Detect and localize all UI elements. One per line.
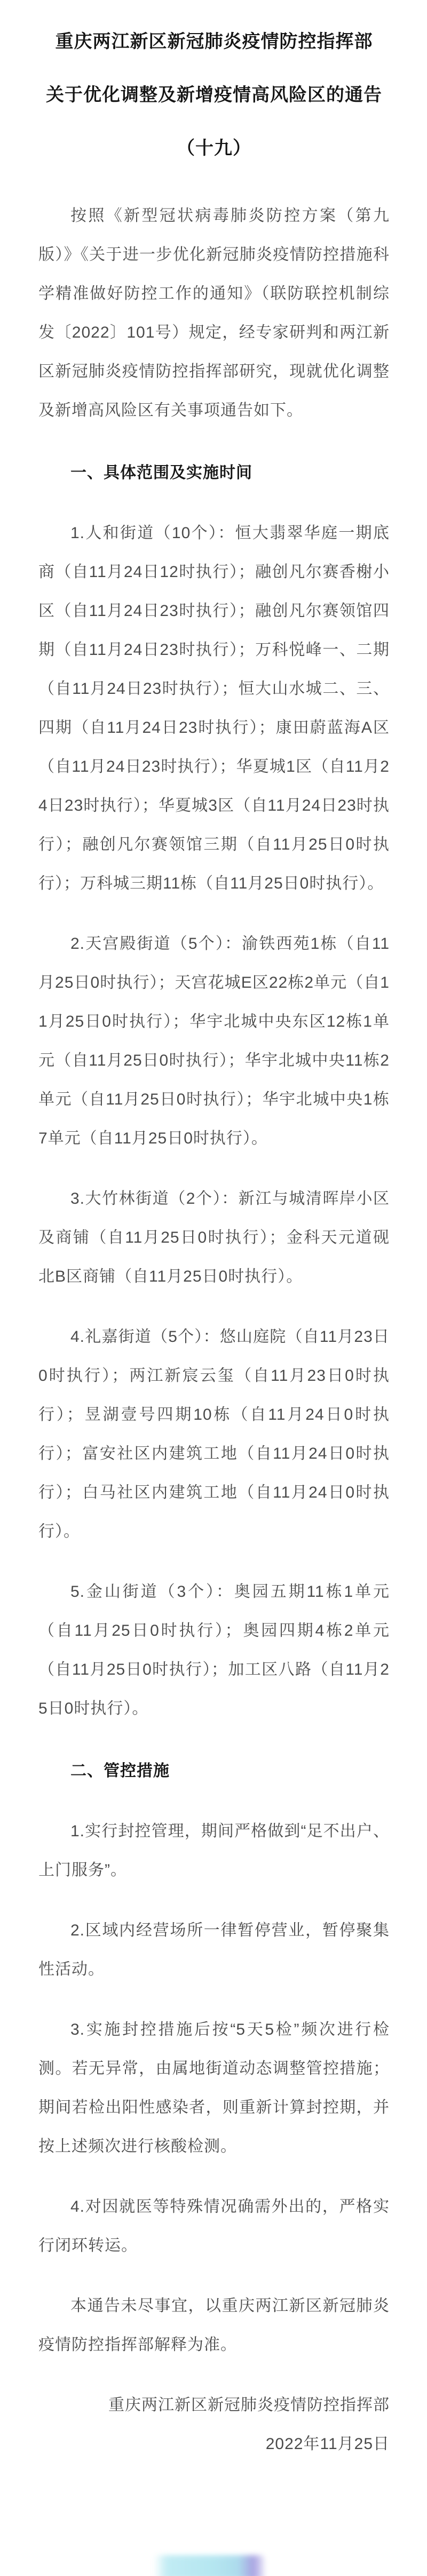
body-paragraph: 4.对因就医等特殊情况确需外出的，严格实行闭环转运。 <box>38 2187 390 2265</box>
date-line: 2022年11月25日 <box>38 2425 390 2463</box>
body-paragraph: 2.区域内经营场所一律暂停营业，暂停聚集性活动。 <box>38 1911 390 1989</box>
notice-body: 按照《新型冠状病毒肺炎防控方案（第九版）》《关于进一步优化新冠肺炎疫情防控措施科… <box>38 196 390 2463</box>
notice-title-line-2: 关于优化调整及新增疫情高风险区的通告（十九） <box>38 68 390 175</box>
body-paragraph: 3.大竹林街道（2个）：新江与城清晖岸小区及商铺（自11月25日0时执行）；金科… <box>38 1179 390 1296</box>
signature-line: 重庆两江新区新冠肺炎疫情防控指挥部 <box>38 2386 390 2425</box>
footer-blurred-image <box>154 2555 265 2576</box>
body-paragraph: 1.实行封控管理，期间严格做到“足不出户、上门服务”。 <box>38 1812 390 1890</box>
notice-document: 重庆两江新区新冠肺炎疫情防控指挥部 关于优化调整及新增疫情高风险区的通告（十九）… <box>0 0 427 2576</box>
body-paragraph: 2.天宫殿街道（5个）：渝铁西苑1栋（自11月25日0时执行）；天宫花城E区22… <box>38 924 390 1158</box>
section-heading: 二、管控措施 <box>38 1751 390 1790</box>
body-paragraph: 1.人和街道（10个）：恒大翡翠华庭一期底商（自11月24日12时执行）；融创凡… <box>38 514 390 903</box>
body-paragraph: 5.金山街道（3个）：奥园五期11栋1单元（自11月25日0时执行）；奥园四期4… <box>38 1572 390 1728</box>
body-paragraph: 本通告未尽事宜，以重庆两江新区新冠肺炎疫情防控指挥部解释为准。 <box>38 2286 390 2364</box>
notice-content: 重庆两江新区新冠肺炎疫情防控指挥部 关于优化调整及新增疫情高风险区的通告（十九）… <box>0 0 427 2463</box>
section-heading: 一、具体范围及实施时间 <box>38 453 390 492</box>
body-paragraph: 4.礼嘉街道（5个）：悠山庭院（自11月23日0时执行）；两江新宸云玺（自11月… <box>38 1317 390 1551</box>
notice-title-line-1: 重庆两江新区新冠肺炎疫情防控指挥部 <box>38 15 390 68</box>
body-paragraph: 按照《新型冠状病毒肺炎防控方案（第九版）》《关于进一步优化新冠肺炎疫情防控措施科… <box>38 196 390 430</box>
body-paragraph: 3.实施封控措施后按“5天5检”频次进行检测。若无异常，由属地街道动态调整管控措… <box>38 2010 390 2166</box>
